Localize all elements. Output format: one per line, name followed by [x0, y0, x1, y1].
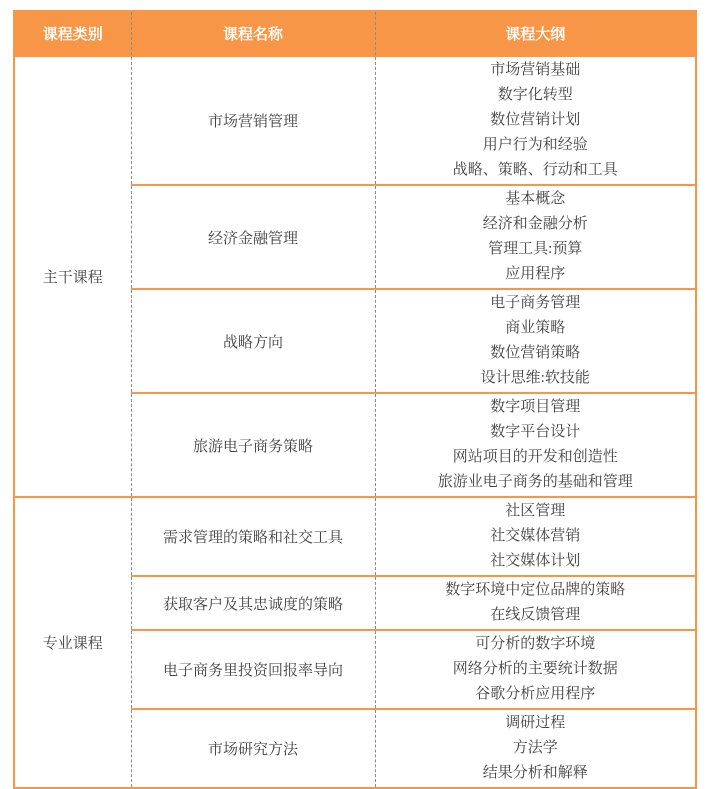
- outline-item: 基本概念: [380, 187, 692, 212]
- course-outline-cell: 基本概念 经济和金融分析 管理工具:预算 应用程序: [375, 185, 696, 289]
- course-name-cell: 市场研究方法: [131, 709, 375, 788]
- course-name-cell: 经济金融管理: [131, 185, 375, 289]
- outline-item: 数字平台设计: [380, 420, 692, 445]
- table-row: 专业课程 需求管理的策略和社交工具 社区管理 社交媒体营销 社交媒体计划: [14, 497, 696, 576]
- outline-item: 在线反馈管理: [380, 603, 692, 628]
- course-curriculum-table: 课程类别 课程名称 课程大纲 主干课程 市场营销管理 市场营销基础 数字化转型 …: [13, 10, 697, 789]
- course-name-cell: 需求管理的策略和社交工具: [131, 497, 375, 576]
- outline-item: 社交媒体计划: [380, 549, 692, 574]
- outline-item: 数字化转型: [380, 83, 692, 108]
- course-outline-cell: 市场营销基础 数字化转型 数位营销计划 用户行为和经验 战略、策略、行动和工具: [375, 56, 696, 185]
- outline-item: 设计思维:软技能: [380, 366, 692, 391]
- header-row: 课程类别 课程名称 课程大纲: [14, 11, 696, 56]
- course-outline-cell: 数字环境中定位品牌的策略 在线反馈管理: [375, 576, 696, 630]
- outline-item: 结果分析和解释: [380, 761, 692, 786]
- course-outline-cell: 电子商务管理 商业策略 数位营销策略 设计思维:软技能: [375, 289, 696, 393]
- outline-item: 网站项目的开发和创造性: [380, 445, 692, 470]
- header-course-outline: 课程大纲: [375, 11, 696, 56]
- outline-item: 数字项目管理: [380, 395, 692, 420]
- outline-item: 网络分析的主要统计数据: [380, 657, 692, 682]
- outline-item: 社交媒体营销: [380, 524, 692, 549]
- outline-item: 管理工具:预算: [380, 237, 692, 262]
- outline-item: 电子商务管理: [380, 291, 692, 316]
- outline-item: 应用程序: [380, 262, 692, 287]
- outline-item: 方法学: [380, 736, 692, 761]
- course-outline-cell: 调研过程 方法学 结果分析和解释: [375, 709, 696, 788]
- outline-item: 谷歌分析应用程序: [380, 682, 692, 707]
- outline-item: 旅游业电子商务的基础和管理: [380, 470, 692, 495]
- outline-item: 市场营销基础: [380, 58, 692, 83]
- course-name-cell: 市场营销管理: [131, 56, 375, 185]
- outline-item: 社区管理: [380, 499, 692, 524]
- header-course-category: 课程类别: [14, 11, 131, 56]
- table-row: 主干课程 市场营销管理 市场营销基础 数字化转型 数位营销计划 用户行为和经验 …: [14, 56, 696, 185]
- outline-item: 数位营销计划: [380, 108, 692, 133]
- outline-item: 数位营销策略: [380, 341, 692, 366]
- outline-item: 用户行为和经验: [380, 133, 692, 158]
- outline-item: 可分析的数字环境: [380, 632, 692, 657]
- course-name-cell: 电子商务里投资回报率导向: [131, 630, 375, 709]
- course-name-cell: 战略方向: [131, 289, 375, 393]
- course-outline-cell: 可分析的数字环境 网络分析的主要统计数据 谷歌分析应用程序: [375, 630, 696, 709]
- category-cell-professional: 专业课程: [14, 497, 131, 788]
- category-cell-core: 主干课程: [14, 56, 131, 497]
- outline-item: 战略、策略、行动和工具: [380, 158, 692, 183]
- course-name-cell: 旅游电子商务策略: [131, 393, 375, 497]
- outline-item: 商业策略: [380, 316, 692, 341]
- outline-item: 数字环境中定位品牌的策略: [380, 578, 692, 603]
- course-name-cell: 获取客户及其忠诚度的策略: [131, 576, 375, 630]
- page: 课程类别 课程名称 课程大纲 主干课程 市场营销管理 市场营销基础 数字化转型 …: [0, 0, 708, 776]
- outline-item: 经济和金融分析: [380, 212, 692, 237]
- outline-item: 调研过程: [380, 711, 692, 736]
- course-outline-cell: 社区管理 社交媒体营销 社交媒体计划: [375, 497, 696, 576]
- header-course-name: 课程名称: [131, 11, 375, 56]
- course-outline-cell: 数字项目管理 数字平台设计 网站项目的开发和创造性 旅游业电子商务的基础和管理: [375, 393, 696, 497]
